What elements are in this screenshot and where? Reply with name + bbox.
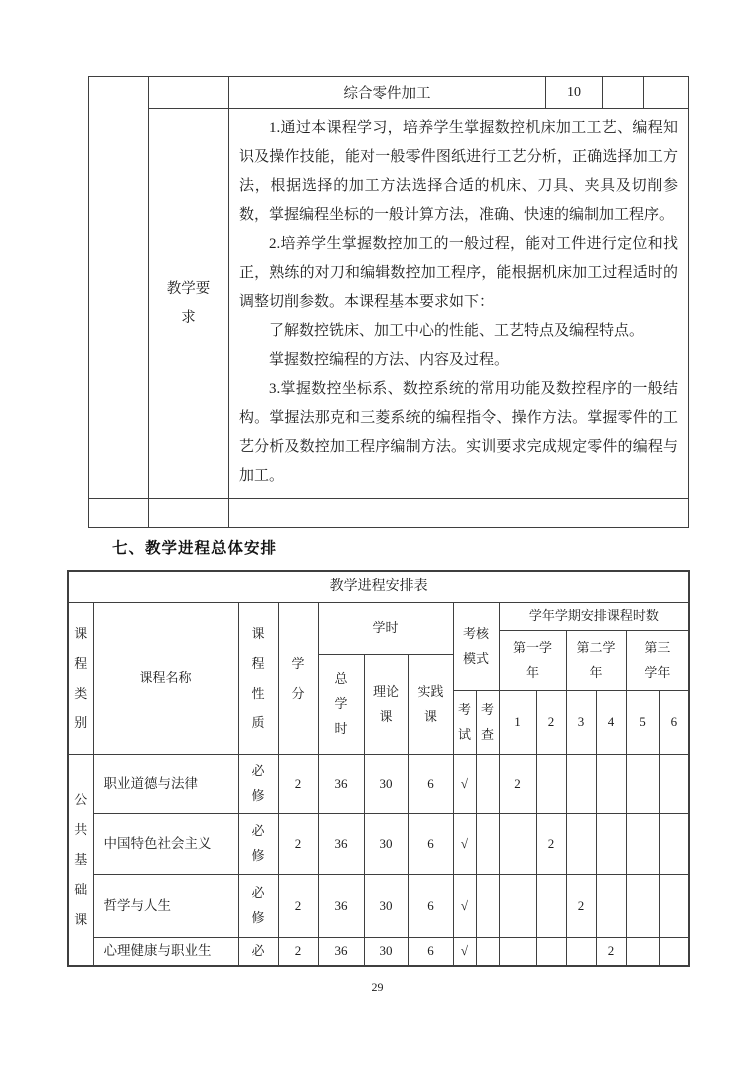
header-course-category: 课 程 类 别 — [68, 603, 93, 755]
row-credits: 2 — [278, 938, 318, 966]
empty-cell — [644, 77, 689, 109]
header-semester-6: 6 — [659, 691, 689, 755]
category-label: 公 共 基 础 课 — [68, 755, 93, 966]
left-spacer-cell — [89, 77, 149, 499]
teaching-requirements-text: 1.通过本课程学习，培养学生掌握数控机床加工工艺、编程知识及操作技能，能对一般零… — [229, 109, 689, 499]
teaching-requirements-label: 教学要 求 — [149, 109, 229, 499]
header-credits: 学 分 — [278, 603, 318, 755]
semester-hours-cell: 2 — [499, 755, 536, 814]
table-row: 公 共 基 础 课 职业道德与法律 必 修 2 36 30 6 √ 2 — [68, 755, 689, 814]
empty-cell — [89, 499, 149, 528]
semester-hours-cell — [659, 814, 689, 875]
semester-hours-cell: 2 — [596, 938, 626, 966]
review-check-cell — [476, 755, 499, 814]
empty-row — [89, 499, 689, 528]
empty-cell — [149, 499, 229, 528]
table-row: 心理健康与职业生 必 2 36 30 6 √ 2 — [68, 938, 689, 966]
row-practice-hours: 6 — [408, 755, 453, 814]
review-check-cell — [476, 814, 499, 875]
semester-hours-cell: 2 — [536, 814, 566, 875]
exam-check-cell: √ — [453, 938, 476, 966]
semester-hours-cell — [499, 938, 536, 966]
header-total-hours: 总 学 时 — [318, 655, 364, 755]
row-credits: 2 — [278, 875, 318, 938]
exam-check-cell: √ — [453, 755, 476, 814]
semester-hours-cell — [659, 755, 689, 814]
semester-hours-cell — [626, 814, 659, 875]
header-theory-hours: 理论 课 — [364, 655, 408, 755]
row-nature: 必 修 — [238, 755, 278, 814]
row-credits: 2 — [278, 755, 318, 814]
header-semester-group: 学年学期安排课程时数 — [499, 603, 689, 631]
exam-check-cell: √ — [453, 814, 476, 875]
row-nature: 必 修 — [238, 875, 278, 938]
section-heading: 七、教学进程总体安排 — [112, 536, 277, 558]
semester-hours-cell — [499, 875, 536, 938]
semester-hours-cell — [626, 755, 659, 814]
course-requirements-table: 综合零件加工 10 教学要 求 1.通过本课程学习，培养学生掌握数控机床加工工艺… — [88, 76, 689, 528]
row-course-name: 职业道德与法律 — [93, 755, 238, 814]
header-year2: 第二学 年 — [566, 631, 626, 691]
semester-hours-cell — [596, 875, 626, 938]
row-credits: 2 — [278, 814, 318, 875]
semester-hours-cell — [536, 875, 566, 938]
header-course-name: 课程名称 — [93, 603, 238, 755]
semester-hours-cell: 2 — [566, 875, 596, 938]
semester-hours-cell — [566, 755, 596, 814]
table-title-row: 教学进程安排表 — [68, 571, 689, 603]
row-total-hours: 36 — [318, 755, 364, 814]
row-course-name: 哲学与人生 — [93, 875, 238, 938]
semester-hours-cell — [626, 875, 659, 938]
header-hours-group: 学时 — [318, 603, 453, 655]
row-course-name: 中国特色社会主义 — [93, 814, 238, 875]
semester-hours-cell — [499, 814, 536, 875]
semester-hours-cell — [566, 938, 596, 966]
empty-cell — [229, 499, 689, 528]
header-assessment-group: 考核 模式 — [453, 603, 499, 691]
row-theory-hours: 30 — [364, 875, 408, 938]
header-semester-4: 4 — [596, 691, 626, 755]
requirements-paragraph: 掌握数控编程的方法、内容及过程。 — [239, 346, 678, 375]
review-check-cell — [476, 875, 499, 938]
header-year1: 第一学 年 — [499, 631, 566, 691]
row-practice-hours: 6 — [408, 814, 453, 875]
table-row: 哲学与人生 必 修 2 36 30 6 √ 2 — [68, 875, 689, 938]
requirements-paragraph: 了解数控铣床、加工中心的性能、工艺特点及编程特点。 — [239, 317, 678, 346]
row-theory-hours: 30 — [364, 938, 408, 966]
review-check-cell — [476, 938, 499, 966]
semester-hours-cell — [566, 814, 596, 875]
semester-hours-cell — [659, 875, 689, 938]
semester-hours-cell — [536, 755, 566, 814]
exam-check-cell: √ — [453, 875, 476, 938]
header-course-nature: 课 程 性 质 — [238, 603, 278, 755]
header-review: 考 查 — [476, 691, 499, 755]
header-exam: 考 试 — [453, 691, 476, 755]
row-practice-hours: 6 — [408, 938, 453, 966]
row-nature: 必 — [238, 938, 278, 966]
semester-hours-cell — [596, 814, 626, 875]
row-total-hours: 36 — [318, 875, 364, 938]
header-semester-5: 5 — [626, 691, 659, 755]
requirements-paragraph: 2.培养学生掌握数控加工的一般过程，能对工件进行定位和找正，熟练的对刀和编辑数控… — [239, 230, 678, 317]
header-semester-1: 1 — [499, 691, 536, 755]
semester-hours-cell — [596, 755, 626, 814]
module-row: 综合零件加工 10 — [89, 77, 689, 109]
requirements-paragraph: 1.通过本课程学习，培养学生掌握数控机床加工工艺、编程知识及操作技能，能对一般零… — [239, 114, 678, 230]
schedule-table-title: 教学进程安排表 — [68, 571, 689, 603]
module-hours-cell: 10 — [546, 77, 603, 109]
semester-hours-cell — [626, 938, 659, 966]
row-total-hours: 36 — [318, 814, 364, 875]
module-name-cell: 综合零件加工 — [229, 77, 546, 109]
empty-cell — [603, 77, 644, 109]
row-total-hours: 36 — [318, 938, 364, 966]
header-row-1: 课 程 类 别 课程名称 课 程 性 质 学 分 学时 考核 模式 学年学期安排… — [68, 603, 689, 631]
header-practice-hours: 实践 课 — [408, 655, 453, 755]
header-year3: 第三 学年 — [626, 631, 689, 691]
label-spacer-cell — [149, 77, 229, 109]
row-course-name: 心理健康与职业生 — [93, 938, 238, 966]
semester-hours-cell — [659, 938, 689, 966]
teaching-schedule-table: 教学进程安排表 课 程 类 别 课程名称 课 程 性 质 学 分 学时 考核 模… — [67, 570, 690, 967]
row-nature: 必 修 — [238, 814, 278, 875]
semester-hours-cell — [536, 938, 566, 966]
requirements-row: 教学要 求 1.通过本课程学习，培养学生掌握数控机床加工工艺、编程知识及操作技能… — [89, 109, 689, 499]
header-semester-2: 2 — [536, 691, 566, 755]
row-theory-hours: 30 — [364, 755, 408, 814]
requirements-paragraph: 3.掌握数控坐标系、数控系统的常用功能及数控程序的一般结构。掌握法那克和三菱系统… — [239, 375, 678, 491]
row-practice-hours: 6 — [408, 875, 453, 938]
table-row: 中国特色社会主义 必 修 2 36 30 6 √ 2 — [68, 814, 689, 875]
header-semester-3: 3 — [566, 691, 596, 755]
row-theory-hours: 30 — [364, 814, 408, 875]
page-number: 29 — [0, 980, 755, 995]
